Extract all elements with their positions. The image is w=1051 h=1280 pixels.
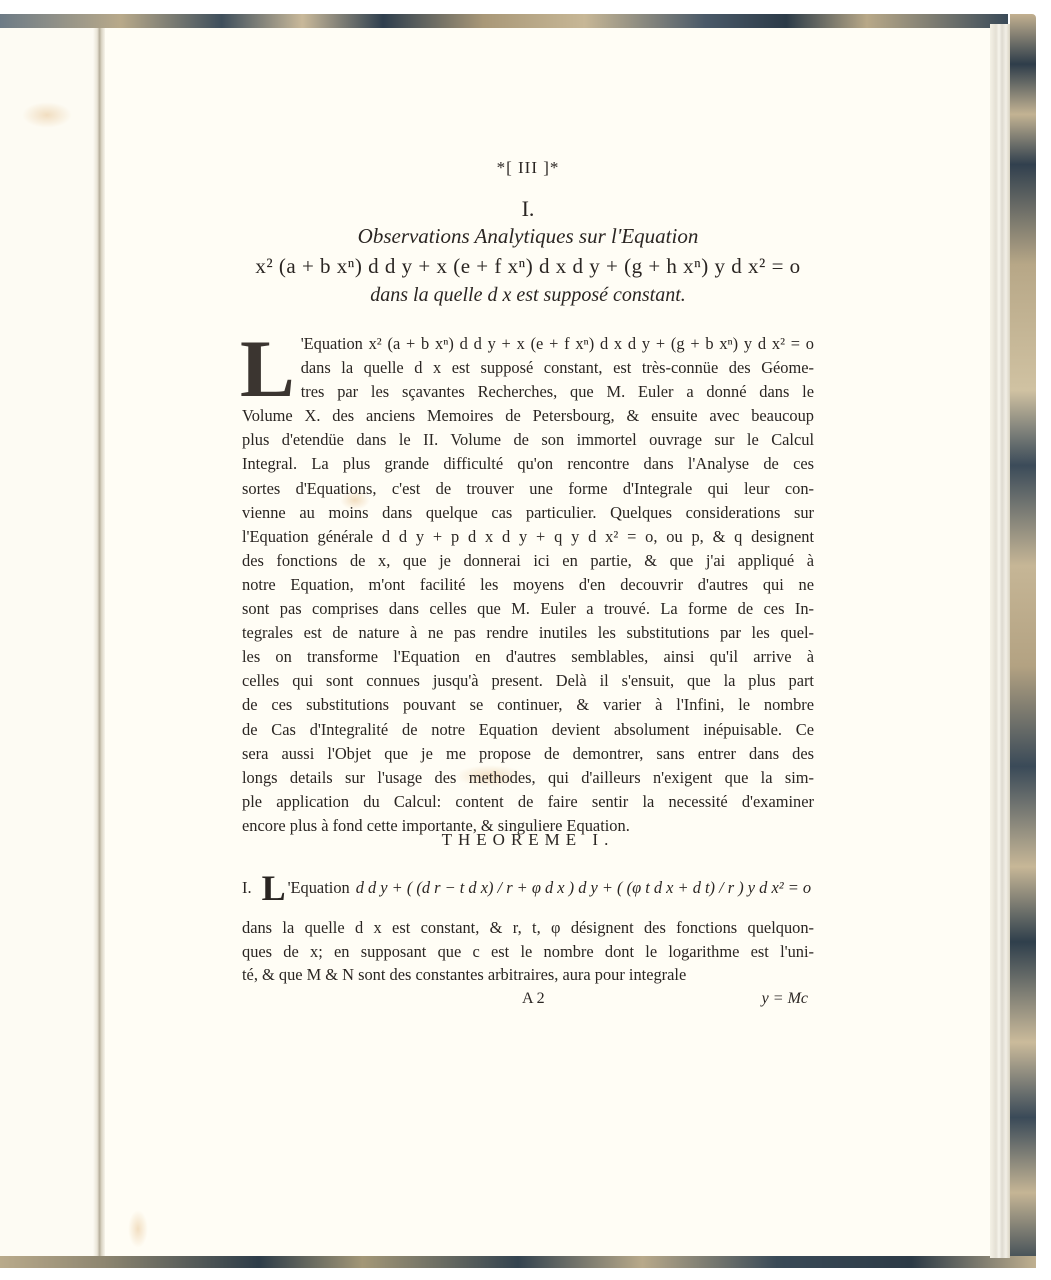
theorem-drop-cap: L xyxy=(262,868,286,908)
foxing-stain xyxy=(128,1210,148,1248)
drop-cap: L xyxy=(240,336,295,404)
paragraph-line: des fonctions de x, que je donnerai ici … xyxy=(242,549,814,573)
theorem-equation-start: 'Equation xyxy=(288,878,350,898)
paragraph-line: Volume X. des anciens Memoires de Peters… xyxy=(242,404,814,428)
paragraph-line: plus d'etendüe dans le II. Volume de son… xyxy=(242,428,814,452)
theorem-heading: THEOREME I. xyxy=(242,830,814,850)
paragraph-line: tres par les sçavantes Recherches, que M… xyxy=(242,380,814,404)
signature-mark: A 2 xyxy=(522,990,545,1008)
title-equation: x² (a + b xⁿ) d d y + x (e + f xⁿ) d x d… xyxy=(242,254,814,279)
paragraph-line: Integral. La plus grande difficulté qu'o… xyxy=(242,452,814,476)
paragraph-line: sera aussi l'Objet que je me propose de … xyxy=(242,742,814,766)
running-head: *[ III ]* xyxy=(242,158,814,178)
paragraph-line: notre Equation, m'ont facilité les moyen… xyxy=(242,573,814,597)
title-subtitle: dans la quelle d x est supposé constant. xyxy=(242,284,814,307)
paragraph-line: ple application du Calcul: content de fa… xyxy=(242,790,814,814)
paragraph-line: vienne au moins dans quelque cas particu… xyxy=(242,501,814,525)
section-number: I. xyxy=(242,196,814,222)
theorem-equation-line: I. L 'Equation d d y + ( (d r − t d x) /… xyxy=(242,866,814,910)
paragraph-line: dans la quelle d x est supposé constant,… xyxy=(242,356,814,380)
paragraph-line: 'Equation x² (a + b xⁿ) d d y + x (e + f… xyxy=(242,332,814,356)
paragraph-line: l'Equation générale d d y + p d x d y + … xyxy=(242,525,814,549)
paragraph-line: les on transforme l'Equation en d'autres… xyxy=(242,645,814,669)
foxing-stain xyxy=(22,102,72,128)
paragraph-line: celles qui sont connues jusqu'à present.… xyxy=(242,669,814,693)
paragraph-line: tegrales est de nature à ne pas rendre i… xyxy=(242,621,814,645)
paragraph-line: ques de x; en supposant que c est le nom… xyxy=(242,940,814,964)
paragraph-line: de Cas d'Integralité de notre Equation d… xyxy=(242,718,814,742)
theorem-equation: d d y + ( (d r − t d x) / r + φ d x ) d … xyxy=(356,878,811,898)
paragraph-line: sont pas comprises dans celles que M. Eu… xyxy=(242,597,814,621)
paragraph-line: dans la quelle d x est constant, & r, t,… xyxy=(242,916,814,940)
book-board-bottom xyxy=(0,1256,1036,1268)
book-board-right xyxy=(1010,14,1036,1268)
paragraph-line: sortes d'Equations, c'est de trouver une… xyxy=(242,477,814,501)
article-title: Observations Analytiques sur l'Equation xyxy=(242,224,814,249)
theorem-number: I. xyxy=(242,878,252,898)
paragraph-line: longs details sur l'usage des methodes, … xyxy=(242,766,814,790)
intro-paragraph: L 'Equation x² (a + b xⁿ) d d y + x (e +… xyxy=(242,332,814,838)
theorem-paragraph: dans la quelle d x est constant, & r, t,… xyxy=(242,916,814,987)
book-board-top xyxy=(0,14,1008,28)
paragraph-line: de ces substitutions pouvant se continue… xyxy=(242,693,814,717)
paragraph-line: té, & que M & N sont des constantes arbi… xyxy=(242,963,814,987)
book-gutter xyxy=(93,28,105,1256)
catchword: y = Mc xyxy=(762,990,808,1008)
left-page xyxy=(0,28,98,1256)
page-footer: A 2 y = Mc xyxy=(242,990,814,1012)
page-edges xyxy=(990,24,1010,1258)
